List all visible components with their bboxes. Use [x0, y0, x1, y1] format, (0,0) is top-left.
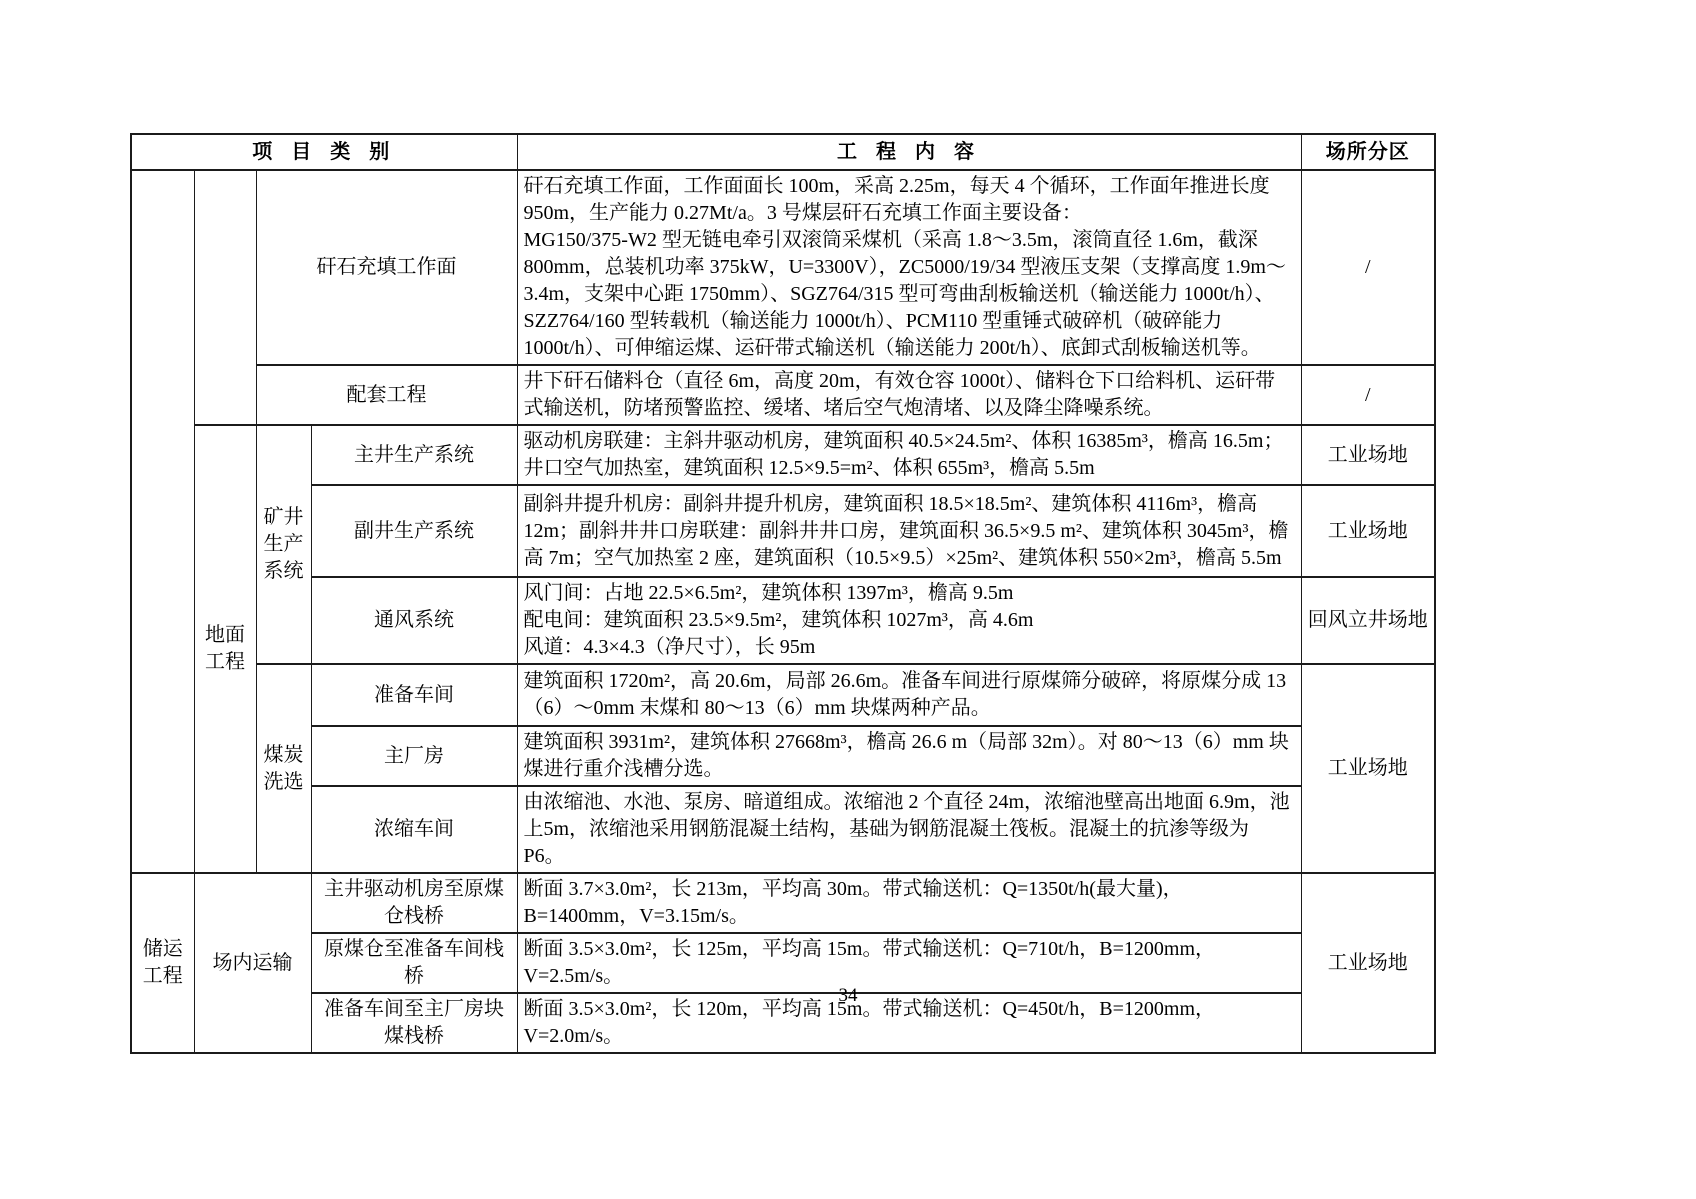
zone-main-shaft-system: 工业场地: [1301, 425, 1435, 485]
row-label-auxiliary-shaft-system: 副井生产系统: [311, 485, 517, 577]
zone-auxiliary-shaft-system: 工业场地: [1301, 485, 1435, 577]
table-row: 主厂房 建筑面积 3931m²，建筑体积 27668m³，檐高 26.6 m（局…: [131, 726, 1435, 786]
zone-supporting-works: /: [1301, 365, 1435, 425]
content-ventilation-system: 风门间：占地 22.5×6.5m²，建筑体积 1397m³，檐高 9.5m 配电…: [517, 577, 1301, 664]
group-label-coal-washing: 煤炭 洗选: [256, 664, 311, 873]
header-category: 项 目 类 别: [131, 134, 517, 170]
content-supporting-works: 井下矸石储料仓（直径 6m，高度 20m，有效仓容 1000t）、储料仓下口给料…: [517, 365, 1301, 425]
document-page: 项 目 类 别 工 程 内 容 场所分区 矸石充填工作面 矸石充填工作面，工作面…: [0, 0, 1696, 1199]
content-main-plant: 建筑面积 3931m²，建筑体积 27668m³，檐高 26.6 m（局部 32…: [517, 726, 1301, 786]
table-row: 浓缩车间 由浓缩池、水池、泵房、暗道组成。浓缩池 2 个直径 24m，浓缩池壁高…: [131, 786, 1435, 873]
zone-coal-washing: 工业场地: [1301, 664, 1435, 873]
table-row: 矸石充填工作面 矸石充填工作面，工作面面长 100m，采高 2.25m，每天 4…: [131, 170, 1435, 365]
row-label-preparation-workshop: 准备车间: [311, 664, 517, 726]
group-label-mine-production-system: 矿井 生产 系统: [256, 425, 311, 664]
row-label-thickening-workshop: 浓缩车间: [311, 786, 517, 873]
zone-gangue-filling-face: /: [1301, 170, 1435, 365]
table-row: 副井生产系统 副斜井提升机房：副斜井提升机房，建筑面积 18.5×18.5m²、…: [131, 485, 1435, 577]
group-label-storage-transport-works: 储运 工程: [131, 873, 194, 1053]
row-label-supporting-works: 配套工程: [256, 365, 517, 425]
row-label-ventilation-system: 通风系统: [311, 577, 517, 664]
content-gangue-filling-face: 矸石充填工作面，工作面面长 100m，采高 2.25m，每天 4 个循环，工作面…: [517, 170, 1301, 365]
zone-storage-transport: 工业场地: [1301, 873, 1435, 1053]
table-header-row: 项 目 类 别 工 程 内 容 场所分区: [131, 134, 1435, 170]
content-thickening-workshop: 由浓缩池、水池、泵房、暗道组成。浓缩池 2 个直径 24m，浓缩池壁高出地面 6…: [517, 786, 1301, 873]
category-level2-empty-cell: [194, 170, 256, 425]
row-label-drive-house-to-coal-bunker-gallery: 主井驱动机房至原煤仓栈桥: [311, 873, 517, 933]
header-zone: 场所分区: [1301, 134, 1435, 170]
header-content: 工 程 内 容: [517, 134, 1301, 170]
category-level1-empty-cell: [131, 170, 194, 873]
row-label-gangue-filling-face: 矸石充填工作面: [256, 170, 517, 365]
content-drive-house-to-coal-bunker-gallery: 断面 3.7×3.0m²，长 213m，平均高 30m。带式输送机：Q=1350…: [517, 873, 1301, 933]
content-auxiliary-shaft-system: 副斜井提升机房：副斜井提升机房，建筑面积 18.5×18.5m²、建筑体积 41…: [517, 485, 1301, 577]
table-row: 配套工程 井下矸石储料仓（直径 6m，高度 20m，有效仓容 1000t）、储料…: [131, 365, 1435, 425]
content-coal-bunker-to-preparation-gallery: 断面 3.5×3.0m²，长 125m，平均高 15m。带式输送机：Q=710t…: [517, 933, 1301, 993]
zone-ventilation-system: 回风立井场地: [1301, 577, 1435, 664]
row-label-main-shaft-system: 主井生产系统: [311, 425, 517, 485]
project-content-table: 项 目 类 别 工 程 内 容 场所分区 矸石充填工作面 矸石充填工作面，工作面…: [130, 133, 1436, 1054]
table-row: 煤炭 洗选 准备车间 建筑面积 1720m²，高 20.6m，局部 26.6m。…: [131, 664, 1435, 726]
group-label-onsite-transport: 场内运输: [194, 873, 311, 1053]
table-row: 地面 工程 矿井 生产 系统 主井生产系统 驱动机房联建：主斜井驱动机房，建筑面…: [131, 425, 1435, 485]
table-row: 通风系统 风门间：占地 22.5×6.5m²，建筑体积 1397m³，檐高 9.…: [131, 577, 1435, 664]
page-number: 34: [0, 985, 1696, 1007]
table-row: 原煤仓至准备车间栈桥 断面 3.5×3.0m²，长 125m，平均高 15m。带…: [131, 933, 1435, 993]
group-label-surface-works: 地面 工程: [194, 425, 256, 873]
row-label-coal-bunker-to-preparation-gallery: 原煤仓至准备车间栈桥: [311, 933, 517, 993]
content-preparation-workshop: 建筑面积 1720m²，高 20.6m，局部 26.6m。准备车间进行原煤筛分破…: [517, 664, 1301, 726]
row-label-main-plant: 主厂房: [311, 726, 517, 786]
table-row: 储运 工程 场内运输 主井驱动机房至原煤仓栈桥 断面 3.7×3.0m²，长 2…: [131, 873, 1435, 933]
content-main-shaft-system: 驱动机房联建：主斜井驱动机房，建筑面积 40.5×24.5m²、体积 16385…: [517, 425, 1301, 485]
